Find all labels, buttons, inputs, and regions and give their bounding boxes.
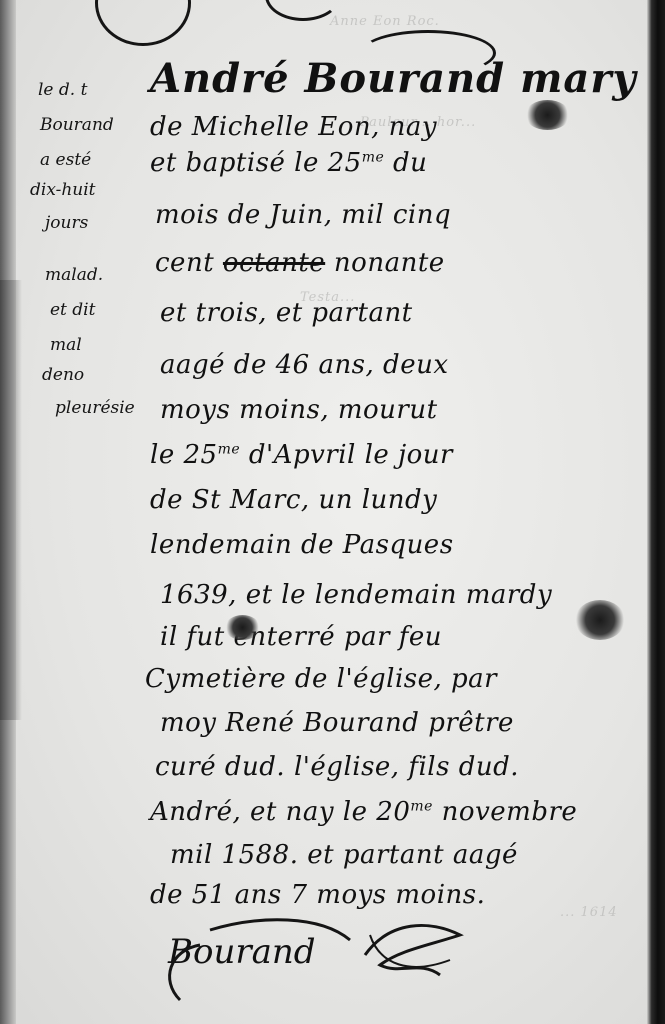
entry-line: mil 1588. et partant aagé: [170, 840, 518, 870]
entry-line: moy René Bourand prêtre: [160, 708, 514, 738]
decorative-flourish: [95, 0, 191, 46]
entry-line: André, et nay le 20me novembre: [150, 797, 577, 827]
entry-title: André Bourand mary: [150, 55, 637, 102]
struck-word: octante: [223, 248, 325, 278]
entry-line: il fut enterré par feu: [160, 622, 442, 652]
entry-line: mois de Juin, mil cinq: [155, 200, 451, 230]
entry-line: et baptisé le 25me du: [150, 148, 427, 178]
entry-line: le 25me d'Apvril le jour: [150, 440, 453, 470]
entry-line: et trois, et partant: [160, 298, 413, 328]
margin-note: malad.: [45, 265, 103, 285]
margin-note: le d. t: [38, 80, 87, 100]
ink-blot: [225, 615, 260, 640]
entry-line: 1639, et le lendemain mardy: [160, 580, 552, 610]
margin-note: et dit: [50, 300, 95, 320]
page-binding-edge: [647, 0, 665, 1024]
entry-line: aagé de 46 ans, deux: [160, 350, 449, 380]
margin-note: Bourand: [40, 115, 114, 135]
entry-line: de Michelle Eon, nay: [150, 112, 437, 142]
bleed-through-text: ... 1614: [560, 905, 618, 920]
entry-line: curé dud. l'église, fils dud.: [155, 752, 519, 782]
manuscript-page: Anne Eon Roc. Pauleur... hor... Testa...…: [0, 0, 665, 1024]
entry-line: cent octante nonante: [155, 248, 445, 278]
entry-line: moys moins, mourut: [160, 395, 438, 425]
entry-line: de St Marc, un lundy: [150, 485, 437, 515]
signature-flourish: [150, 910, 370, 1010]
ink-blot: [575, 600, 625, 640]
ink-blot: [525, 100, 570, 130]
entry-line: de 51 ans 7 moys moins.: [150, 880, 485, 910]
entry-line: lendemain de Pasques: [150, 530, 454, 560]
margin-note: deno: [42, 365, 84, 385]
margin-note: jours: [45, 213, 88, 233]
entry-line: Cymetière de l'église, par: [145, 664, 497, 694]
bleed-through-text: Anne Eon Roc.: [330, 14, 440, 29]
margin-note: pleurésie: [55, 398, 135, 418]
gutter-shadow: [0, 280, 22, 720]
margin-note: a esté: [40, 150, 91, 170]
signature-paraph: [360, 915, 470, 985]
margin-note: mal: [50, 335, 82, 355]
margin-note: dix-huit: [30, 180, 96, 200]
